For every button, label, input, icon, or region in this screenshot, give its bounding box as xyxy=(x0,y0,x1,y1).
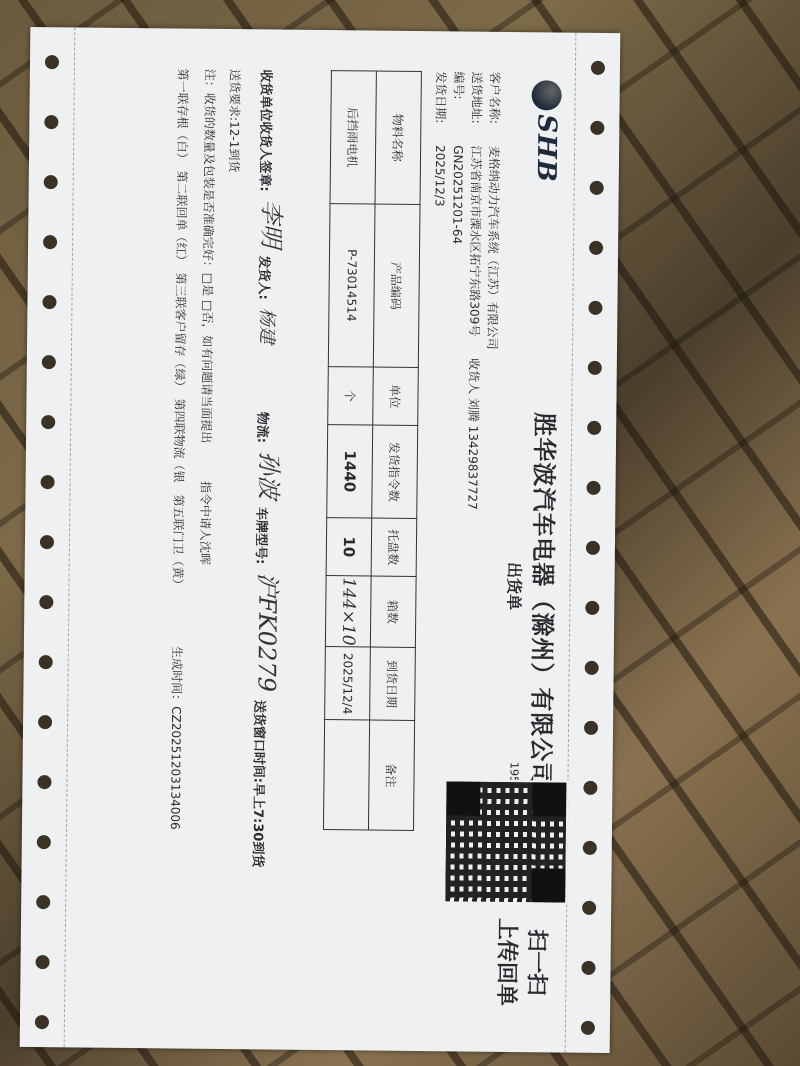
feed-hole xyxy=(37,835,51,849)
cell-quantity: 1440 xyxy=(327,425,373,518)
logistics-label: 物流: xyxy=(254,412,273,443)
consignee-value: 刘腾 13429837727 xyxy=(465,398,480,510)
feed-hole xyxy=(588,361,602,375)
instruction-note: 注：收货的数量及包装是否准确完好：□是 □否，如有问题请当面提出 指令中请人沈晖 xyxy=(192,69,219,1019)
col-pallets: 托盘数 xyxy=(371,518,417,576)
feed-hole xyxy=(585,661,599,675)
col-remark: 备注 xyxy=(368,720,414,830)
scan-upload-label: 扫一扫 上传回单 xyxy=(490,912,551,1013)
cell-arrival-date: 2025/12/4 xyxy=(325,647,371,720)
feed-hole xyxy=(45,55,59,69)
feed-hole xyxy=(590,181,604,195)
feed-hole xyxy=(36,895,50,909)
feed-hole xyxy=(37,775,51,789)
feed-hole xyxy=(39,595,53,609)
feed-hole xyxy=(41,475,55,489)
number-value: GN20251201-64 xyxy=(450,145,465,244)
ship-date-label: 发货日期: xyxy=(431,71,450,141)
feed-hole xyxy=(44,115,58,129)
logo-globe-icon xyxy=(532,80,562,110)
feed-hole xyxy=(42,295,56,309)
col-arrival-date: 到货日期 xyxy=(370,647,416,720)
receiver-sign-label: 收货单位收货人签章: xyxy=(257,69,277,191)
header: SHB 胜华波汽车电器（滁州）有限公司 出货单 195397 扫一扫 上传回单 xyxy=(498,72,568,1023)
number-label: 编号: xyxy=(449,71,468,141)
feed-hole xyxy=(590,121,604,135)
cell-code: P-73014514 xyxy=(328,204,375,367)
feed-hole xyxy=(41,415,55,429)
plate-label: 车牌型号: xyxy=(253,507,273,564)
plate-signature: 沪FK0279 xyxy=(251,572,287,692)
col-boxes: 箱数 xyxy=(370,576,416,648)
note-content: SHB 胜华波汽车电器（滁州）有限公司 出货单 195397 扫一扫 上传回单 … xyxy=(72,67,568,1022)
feed-hole xyxy=(43,235,57,249)
instruction-tail: 指令中请人沈晖 xyxy=(198,481,213,565)
signature-row: 收货单位收货人签章: 李明 发货人: 杨建 物流: 孙波 车牌型号: 沪FK02… xyxy=(248,69,293,1019)
feed-hole xyxy=(40,535,54,549)
shipper-signature: 杨建 xyxy=(255,308,281,344)
items-table: 物料名称 产品编码 单位 发货指令数 托盘数 箱数 到货日期 备注 后挡雨电机 … xyxy=(323,70,422,831)
feed-hole xyxy=(591,61,605,75)
feed-hole xyxy=(35,1015,49,1029)
qr-code-icon[interactable] xyxy=(445,781,566,902)
feed-hole xyxy=(586,541,600,555)
customer-label: 客户名称: xyxy=(485,72,504,142)
logo-text: SHB xyxy=(531,114,562,183)
feed-hole xyxy=(584,721,598,735)
shipper-label: 发货人: xyxy=(256,256,275,300)
feed-hole xyxy=(585,601,599,615)
address-value: 江苏省南京市溧水区拓宁东路309号 xyxy=(467,145,483,336)
scan-label-line1: 扫一扫 xyxy=(520,912,551,1012)
feed-hole xyxy=(582,901,596,915)
feed-hole xyxy=(588,301,602,315)
consignee-label: 收货人 xyxy=(467,358,481,394)
feed-hole xyxy=(583,841,597,855)
feed-hole xyxy=(583,781,597,795)
customer-value: 麦格纳动力汽车系统（江苏）有限公司 xyxy=(485,146,501,350)
col-unit: 单位 xyxy=(373,367,419,425)
dock-time: 送货窗口时间:早上7:30到货 xyxy=(250,700,271,868)
cell-material: 后挡雨电机 xyxy=(330,71,376,204)
feed-hole xyxy=(589,241,603,255)
feed-hole xyxy=(39,655,53,669)
feed-hole xyxy=(38,715,52,729)
company-logo: SHB xyxy=(528,80,564,270)
receiver-signature: 李明 xyxy=(256,200,292,248)
table-header-row: 物料名称 产品编码 单位 发货指令数 托盘数 箱数 到货日期 备注 xyxy=(368,71,421,830)
feed-hole xyxy=(586,481,600,495)
scan-label-line2: 上传回单 xyxy=(490,912,521,1012)
table-row: 后挡雨电机 P-73014514 个 1440 10 144×10 2025/1… xyxy=(323,71,376,830)
copy-distribution-footer: 第一联存根（白） 第二联回单（红） 第三联客户留存（绿） 第四联物流（银 第五联… xyxy=(165,68,192,1018)
instruction-text: 注：收货的数量及包装是否准确完好：□是 □否，如有问题请当面提出 xyxy=(199,69,217,444)
col-material: 物料名称 xyxy=(375,71,421,204)
address-label: 送货地址: xyxy=(467,72,486,142)
ship-date-value: 2025/12/3 xyxy=(432,145,447,207)
logistics-signature: 孙波 xyxy=(253,451,289,499)
company-name: 胜华波汽车电器（滁州）有限公司 xyxy=(525,412,564,787)
cell-unit: 个 xyxy=(328,367,374,425)
feed-hole xyxy=(581,961,595,975)
feed-hole xyxy=(44,175,58,189)
copies-text: 第一联存根（白） 第二联回单（红） 第三联客户留存（绿） 第四联物流（银 第五联… xyxy=(170,68,189,590)
feed-hole xyxy=(587,421,601,435)
col-code: 产品编码 xyxy=(373,204,420,367)
cell-pallets: 10 xyxy=(326,518,372,576)
generation-time: 生成时间：CZ20251203134006 xyxy=(168,646,184,830)
delivery-note-paper: SHB 胜华波汽车电器（滁州）有限公司 出货单 195397 扫一扫 上传回单 … xyxy=(20,27,621,1053)
cell-boxes-handwritten: 144×10 xyxy=(325,576,371,648)
feed-hole xyxy=(35,955,49,969)
feed-hole xyxy=(42,355,56,369)
tractor-feed-strip-top xyxy=(565,33,621,1053)
feed-hole xyxy=(581,1021,595,1035)
delivery-requirement: 送货要求:12-1到货 xyxy=(217,69,244,1019)
tractor-feed-strip-bottom xyxy=(20,27,76,1047)
col-quantity: 发货指令数 xyxy=(372,425,418,518)
document-title: 出货单 xyxy=(503,562,527,610)
cell-remark xyxy=(323,720,369,830)
